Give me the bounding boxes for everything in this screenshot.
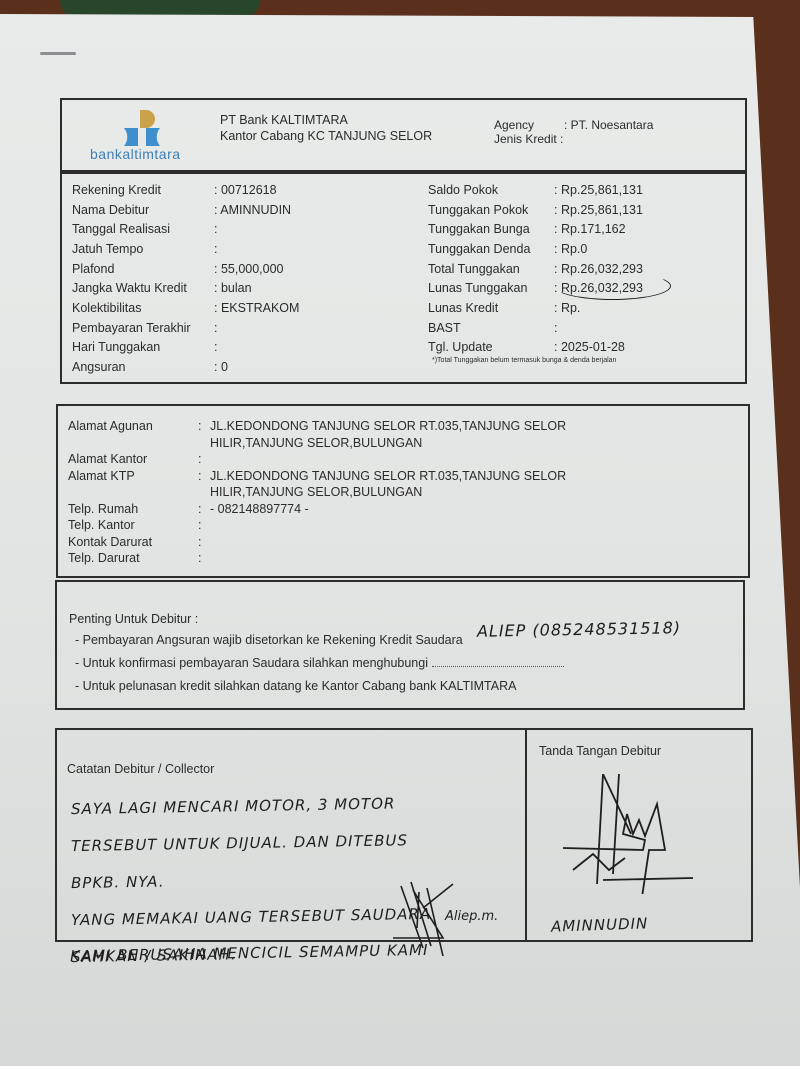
field-label: Jatuh Tempo bbox=[72, 242, 214, 256]
field-value: : AMINNUDIN bbox=[214, 203, 291, 217]
field-value bbox=[210, 534, 630, 551]
field-label: Rekening Kredit bbox=[72, 183, 214, 197]
field-value: : Rp.25,861,131 bbox=[554, 203, 643, 217]
field-label: Tunggakan Pokok bbox=[428, 203, 554, 217]
field-value: - 082148897774 - bbox=[210, 501, 630, 518]
field-bast: BAST: bbox=[428, 318, 643, 338]
field-value: : 00712618 bbox=[214, 183, 277, 197]
field-value: : Rp.171,162 bbox=[554, 222, 626, 236]
bank-logo-icon bbox=[122, 110, 162, 146]
field-label: BAST bbox=[428, 321, 554, 335]
credit-type-label: Jenis Kredit : bbox=[494, 132, 563, 146]
field-label: Kolektibilitas bbox=[72, 301, 214, 315]
field-label: Saldo Pokok bbox=[428, 183, 554, 197]
agency-label: Agency bbox=[494, 118, 564, 132]
field-value: JL.KEDONDONG TANJUNG SELOR RT.035,TANJUN… bbox=[210, 418, 630, 451]
field-value: : 0 bbox=[214, 360, 228, 374]
notice-item: - Untuk konfirmasi pembayaran Saudara si… bbox=[69, 652, 564, 675]
debtor-signature-icon bbox=[553, 774, 703, 894]
field-value: : 2025-01-28 bbox=[554, 340, 625, 354]
field-telp-rumah: Telp. Rumah: - 082148897774 - bbox=[68, 501, 630, 518]
field-value bbox=[210, 550, 630, 567]
field-label: Alamat Agunan bbox=[68, 418, 198, 451]
field-label: Nama Debitur bbox=[72, 203, 214, 217]
field-tunggakan-denda: Tunggakan Denda: Rp.0 bbox=[428, 239, 643, 259]
notice-item: - Untuk pelunasan kredit silahkan datang… bbox=[69, 675, 564, 698]
field-lunas-kredit: Lunas Kredit: Rp. bbox=[428, 298, 643, 318]
notes-section: Catatan Debitur / Collector Tanda Tangan… bbox=[55, 728, 753, 942]
field-tunggakan-pokok: Tunggakan Pokok: Rp.25,861,131 bbox=[428, 200, 643, 220]
account-left-fields: Rekening Kredit: 00712618 Nama Debitur: … bbox=[72, 180, 299, 377]
field-alamat-kantor: Alamat Kantor: bbox=[68, 451, 630, 468]
field-telp-kantor: Telp. Kantor: bbox=[68, 517, 630, 534]
field-label: Jangka Waktu Kredit bbox=[72, 281, 214, 295]
notes-divider bbox=[525, 730, 527, 940]
header-section: bankaltimtara PT Bank KALTIMTARA Kantor … bbox=[60, 98, 747, 172]
field-value: : EKSTRAKOM bbox=[214, 301, 299, 315]
account-right-fields: Saldo Pokok: Rp.25,861,131 Tunggakan Pok… bbox=[428, 180, 643, 357]
field-value: : Rp. bbox=[554, 301, 580, 315]
field-value: : bbox=[214, 321, 217, 335]
field-value: : Rp.25,861,131 bbox=[554, 183, 643, 197]
contact-blank-line bbox=[432, 666, 564, 667]
field-value: JL.KEDONDONG TANJUNG SELOR RT.035,TANJUN… bbox=[210, 468, 630, 501]
field-saldo-pokok: Saldo Pokok: Rp.25,861,131 bbox=[428, 180, 643, 200]
signer-name: AMINNUDIN bbox=[551, 914, 649, 935]
staple-mark bbox=[40, 52, 76, 55]
field-value: : bbox=[214, 242, 217, 256]
field-angsuran: Angsuran: 0 bbox=[72, 357, 299, 377]
notice-section: Penting Untuk Debitur : - Pembayaran Ang… bbox=[55, 580, 745, 710]
field-label: Plafond bbox=[72, 262, 214, 276]
address-section: Alamat Agunan:JL.KEDONDONG TANJUNG SELOR… bbox=[56, 404, 750, 578]
field-value: : bbox=[554, 321, 557, 335]
field-label: Alamat KTP bbox=[68, 468, 198, 501]
field-kontak-darurat: Kontak Darurat: bbox=[68, 534, 630, 551]
field-kolektibilitas: Kolektibilitas: EKSTRAKOM bbox=[72, 298, 299, 318]
signature-title: Tanda Tangan Debitur bbox=[539, 744, 661, 758]
field-label: Lunas Kredit bbox=[428, 301, 554, 315]
field-label: Telp. Darurat bbox=[68, 550, 198, 567]
field-label: Pembayaran Terakhir bbox=[72, 321, 214, 335]
field-plafond: Plafond: 55,000,000 bbox=[72, 259, 299, 279]
field-tunggakan-bunga: Tunggakan Bunga: Rp.171,162 bbox=[428, 219, 643, 239]
field-tgl-update: Tgl. Update: 2025-01-28 bbox=[428, 338, 643, 358]
branch-name: Kantor Cabang KC TANJUNG SELOR bbox=[220, 128, 432, 144]
field-value: : bbox=[214, 340, 217, 354]
footnote: *)Total Tunggakan belum termasuk bunga &… bbox=[432, 357, 616, 364]
field-value: : bulan bbox=[214, 281, 252, 295]
field-label: Alamat Kantor bbox=[68, 451, 198, 468]
field-label: Telp. Rumah bbox=[68, 501, 198, 518]
note-line: TERSEBUT UNTUK DIJUAL. DAN DITEBUS bbox=[71, 822, 432, 865]
field-pembayaran-terakhir: Pembayaran Terakhir: bbox=[72, 318, 299, 338]
field-jatuh-tempo: Jatuh Tempo: bbox=[72, 239, 299, 259]
handwritten-underline-mark bbox=[554, 272, 671, 300]
field-label: Angsuran bbox=[72, 360, 214, 374]
field-nama-debitur: Nama Debitur: AMINNUDIN bbox=[72, 200, 299, 220]
svg-text:Aliep.m.: Aliep.m. bbox=[444, 909, 498, 924]
notes-title: Catatan Debitur / Collector bbox=[67, 762, 214, 776]
field-alamat-ktp: Alamat KTP:JL.KEDONDONG TANJUNG SELOR RT… bbox=[68, 468, 630, 501]
field-alamat-agunan: Alamat Agunan:JL.KEDONDONG TANJUNG SELOR… bbox=[68, 418, 630, 451]
field-jangka-waktu: Jangka Waktu Kredit: bulan bbox=[72, 278, 299, 298]
bank-name: PT Bank KALTIMTARA bbox=[220, 112, 432, 128]
field-telp-darurat: Telp. Darurat: bbox=[68, 550, 630, 567]
handwritten-contact: ALIEP (085248531518) bbox=[477, 618, 681, 641]
field-label: Tanggal Realisasi bbox=[72, 222, 214, 236]
field-value bbox=[210, 517, 630, 534]
note-line: BPKB. NYA. bbox=[71, 859, 432, 902]
agency-block: Agency: PT. Noesantara Jenis Kredit : bbox=[494, 118, 653, 146]
field-label: Total Tunggakan bbox=[428, 262, 554, 276]
field-tanggal-realisasi: Tanggal Realisasi: bbox=[72, 219, 299, 239]
field-value bbox=[210, 451, 630, 468]
bank-name-block: PT Bank KALTIMTARA Kantor Cabang KC TANJ… bbox=[220, 112, 432, 144]
field-label: Tgl. Update bbox=[428, 340, 554, 354]
bank-logo-text: bankaltimtara bbox=[90, 146, 181, 162]
field-label: Hari Tunggakan bbox=[72, 340, 214, 354]
field-label: Tunggakan Denda bbox=[428, 242, 554, 256]
field-rekening-kredit: Rekening Kredit: 00712618 bbox=[72, 180, 299, 200]
note-line: YANG MEMAKAI UANG TERSEBUT SAUDARA bbox=[71, 896, 432, 939]
agency-value: : PT. Noesantara bbox=[564, 118, 653, 132]
notice-item-text: - Untuk konfirmasi pembayaran Saudara si… bbox=[75, 656, 428, 670]
field-label: Kontak Darurat bbox=[68, 534, 198, 551]
field-hari-tunggakan: Hari Tunggakan: bbox=[72, 338, 299, 358]
field-value: : Rp.0 bbox=[554, 242, 587, 256]
field-label: Lunas Tunggakan bbox=[428, 281, 554, 295]
field-value: : bbox=[214, 222, 217, 236]
address-fields: Alamat Agunan:JL.KEDONDONG TANJUNG SELOR… bbox=[68, 418, 630, 567]
bank-logo: bankaltimtara bbox=[90, 110, 210, 166]
note-line: SAYA LAGI MENCARI MOTOR, 3 MOTOR bbox=[71, 785, 432, 828]
field-label: Telp. Kantor bbox=[68, 517, 198, 534]
field-value: : 55,000,000 bbox=[214, 262, 284, 276]
field-label: Tunggakan Bunga bbox=[428, 222, 554, 236]
